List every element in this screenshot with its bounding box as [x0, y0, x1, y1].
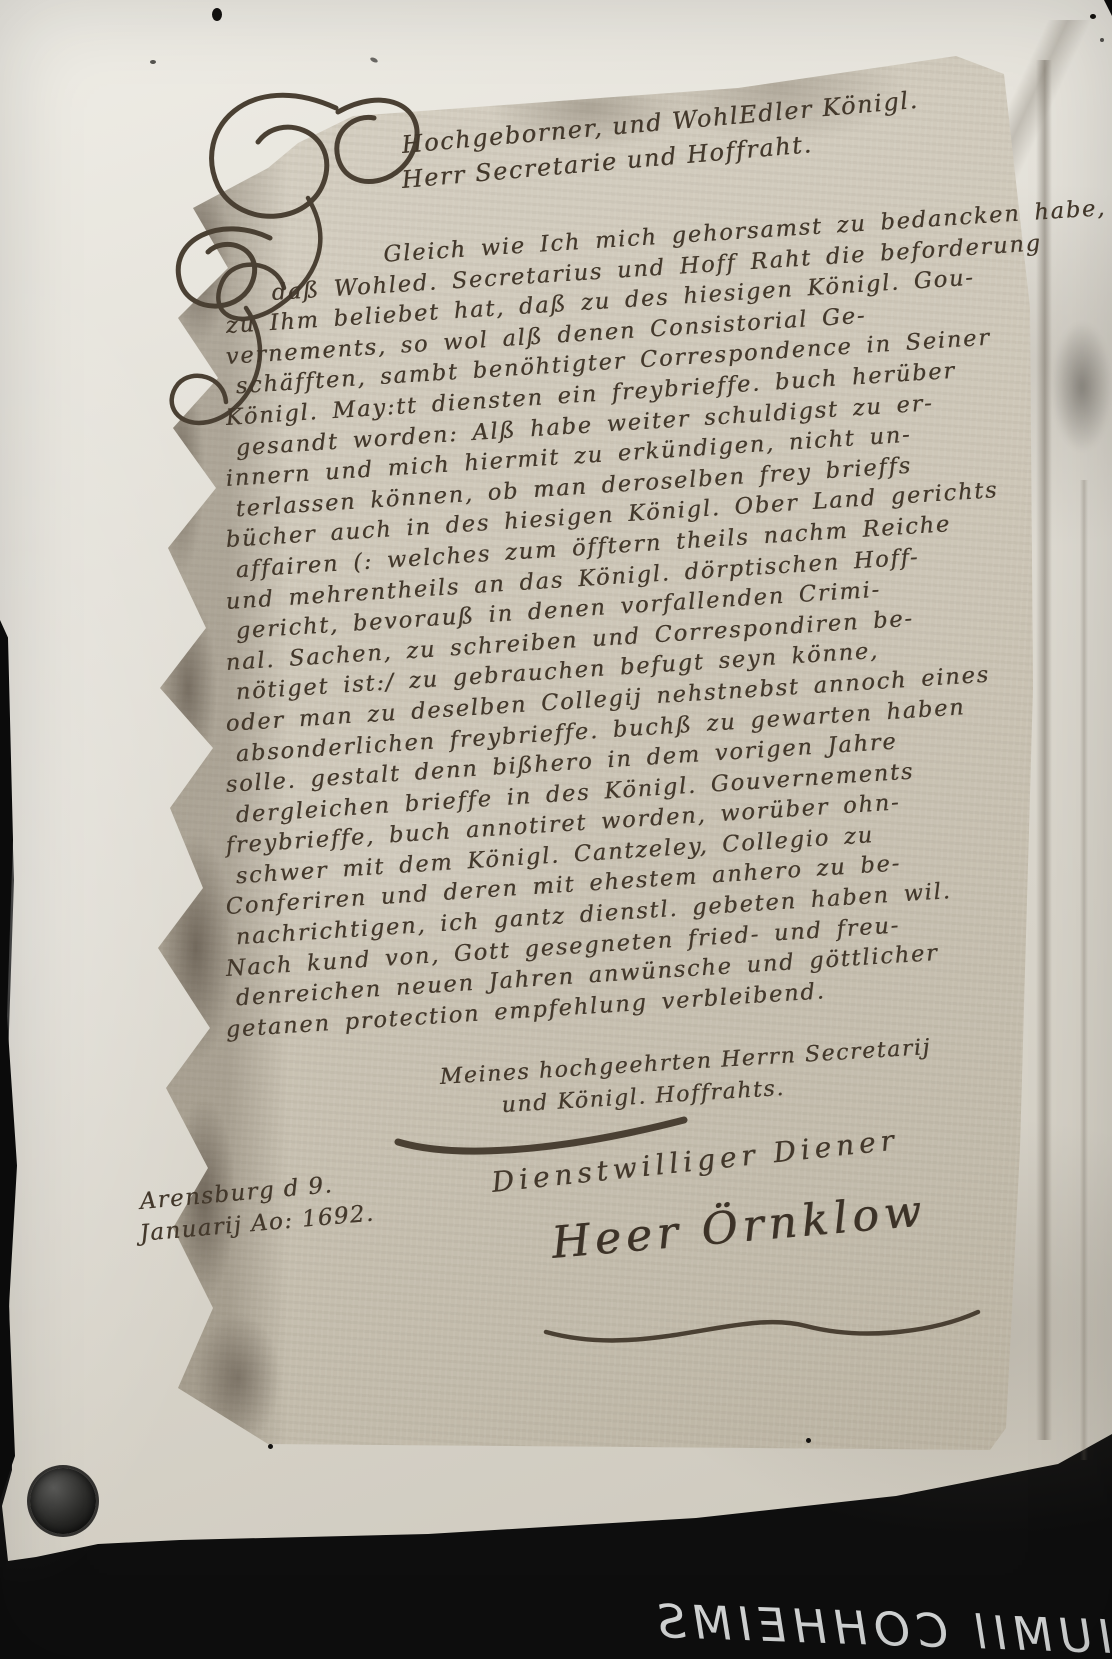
handwriting-layer: Hochgeborner, und WohlEdler Königl. Herr…	[0, 0, 1112, 1659]
dust-speck	[1090, 14, 1096, 19]
dust-speck	[806, 1438, 811, 1443]
valediction-line: Dienstwilliger Diener	[490, 1123, 900, 1199]
dust-speck	[268, 1444, 273, 1449]
dust-speck	[212, 8, 222, 21]
signature-underline-flourish	[538, 1296, 988, 1356]
place-date: Arensburg d 9. Januarij Ao: 1692.	[140, 1186, 376, 1250]
letter-body: Gleich wie Ich mich gehorsamst zu bedanc…	[226, 250, 1108, 1045]
dust-speck	[1100, 38, 1104, 42]
signature: Heer Örnklow	[552, 1218, 928, 1269]
salutation: Hochgeborner, und WohlEdler Königl. Herr…	[402, 128, 921, 198]
mounting-knob	[30, 1468, 96, 1534]
dust-speck	[150, 60, 156, 64]
closing-courtesy: Meines hochgeehrten Herrn Secretarij und…	[440, 1062, 932, 1126]
